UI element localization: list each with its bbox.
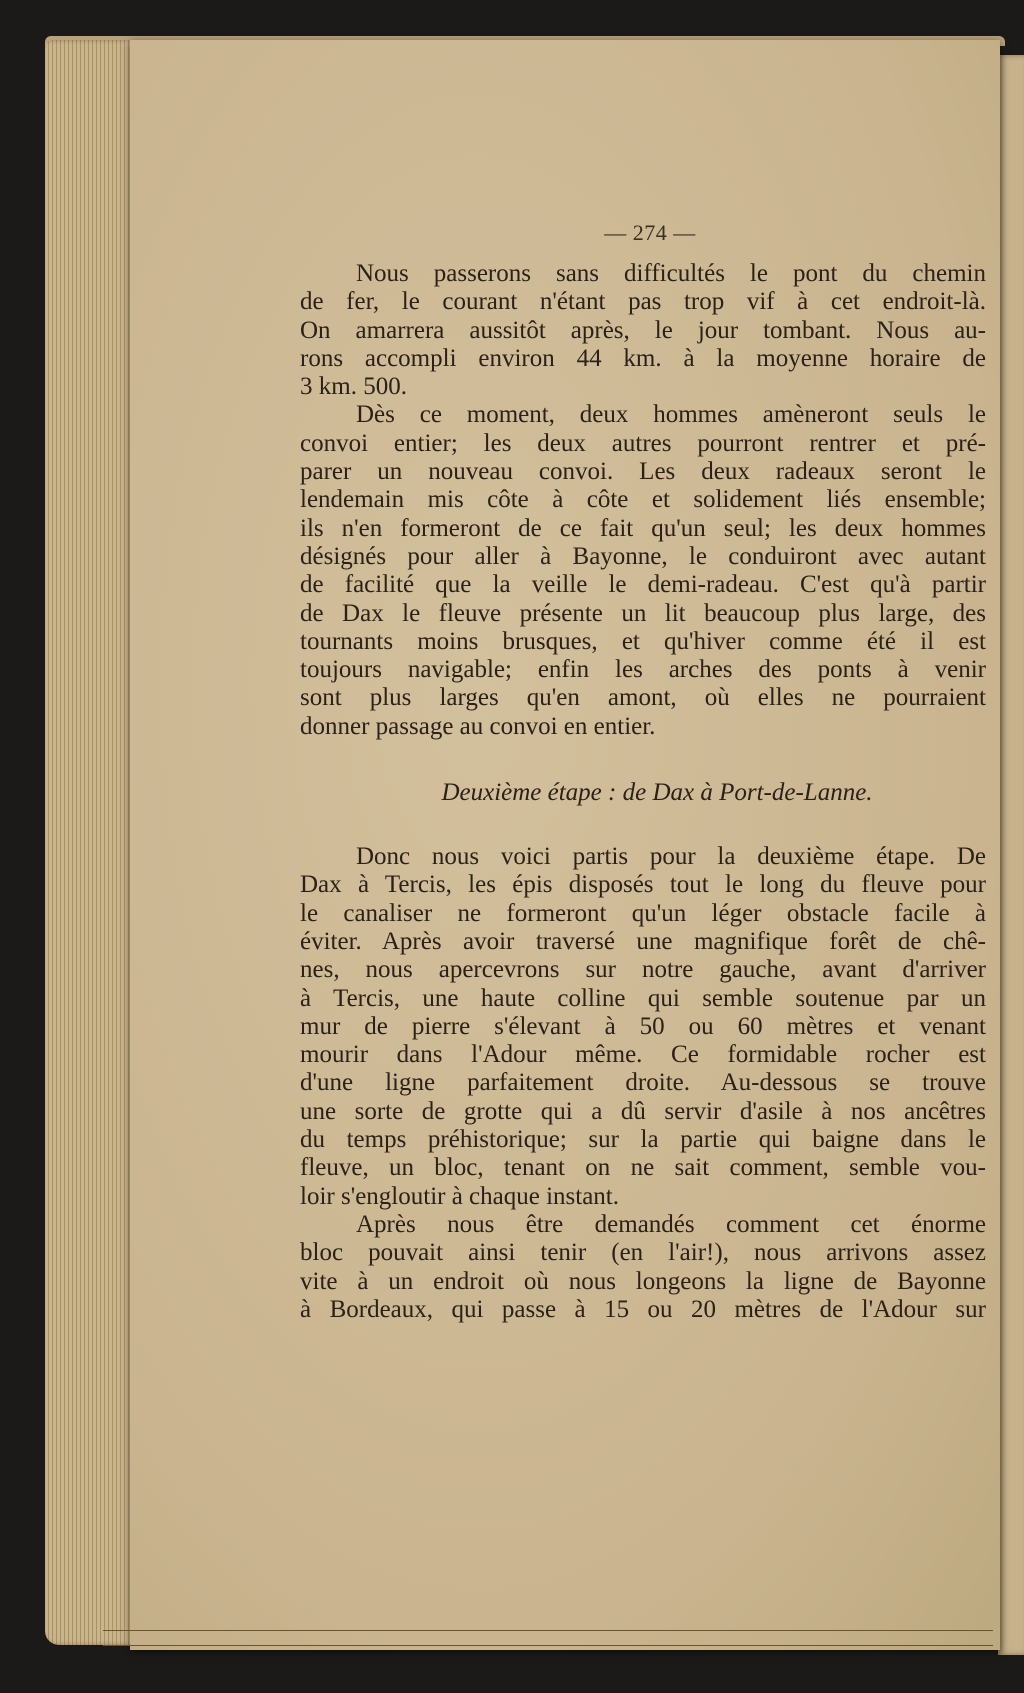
- text-line: Dax à Tercis, les épis disposés tout le …: [300, 871, 986, 899]
- text-line: ils n'en formeront de ce fait qu'un seul…: [300, 515, 986, 543]
- text-line: le canaliser ne formeront qu'un léger ob…: [300, 900, 986, 928]
- page-bottom-edge-2: [103, 1645, 993, 1646]
- text-line: bloc pouvait ainsi tenir (en l'air!), no…: [300, 1239, 986, 1267]
- paragraph-3: Donc nous voici partis pour la deuxième …: [300, 843, 986, 1211]
- paragraph-4: Après nous être demandés comment cet éno…: [300, 1211, 986, 1324]
- text-line: Donc nous voici partis pour la deuxième …: [300, 843, 986, 871]
- text-line: vite à un endroit où nous longeons la li…: [300, 1268, 986, 1296]
- text-line: sont plus larges qu'en amont, où elles n…: [300, 684, 986, 712]
- text-line: lendemain mis côte à côte et solidement …: [300, 486, 986, 514]
- next-page-edge: [998, 55, 1024, 1655]
- text-line: Dès ce moment, deux hommes amèneront seu…: [300, 401, 986, 429]
- text-line: Nous passerons sans difficultés le pont …: [300, 260, 986, 288]
- text-line: Après nous être demandés comment cet éno…: [300, 1211, 986, 1239]
- text-line: mourir dans l'Adour même. Ce formidable …: [300, 1041, 986, 1069]
- text-line: de Dax le fleuve présente un lit beaucou…: [300, 600, 986, 628]
- text-line: nes, nous apercevrons sur notre gauche, …: [300, 956, 986, 984]
- text-line: rons accompli environ 44 km. à la moyenn…: [300, 345, 986, 373]
- text-line: éviter. Après avoir traversé une magnifi…: [300, 928, 986, 956]
- text-line: convoi entier; les deux autres pourront …: [300, 430, 986, 458]
- text-line: On amarrera aussitôt après, le jour tomb…: [300, 317, 986, 345]
- text-line: mur de pierre s'élevant à 50 ou 60 mètre…: [300, 1013, 986, 1041]
- text-line: 3 km. 500.: [300, 373, 986, 401]
- paragraph-2: Dès ce moment, deux hommes amèneront seu…: [300, 401, 986, 741]
- text-line: d'une ligne parfaitement droite. Au-dess…: [300, 1069, 986, 1097]
- text-line: toujours navigable; enfin les arches des…: [300, 656, 986, 684]
- text-line: de fer, le courant n'étant pas trop vif …: [300, 288, 986, 316]
- page-stack-edge: [45, 40, 135, 1645]
- text-line: fleuve, un bloc, tenant on ne sait comme…: [300, 1154, 986, 1182]
- page-bottom-edge: [103, 1630, 993, 1631]
- page-content: — 274 — Nous passerons sans difficultés …: [300, 220, 986, 1324]
- page-number: — 274 —: [300, 220, 986, 246]
- text-line: donner passage au convoi en entier.: [300, 713, 986, 741]
- text-line: une sorte de grotte qui a dû servir d'as…: [300, 1098, 986, 1126]
- text-line: du temps préhistorique; sur la partie qu…: [300, 1126, 986, 1154]
- text-line: de facilité que la veille le demi-radeau…: [300, 571, 986, 599]
- paragraph-1: Nous passerons sans difficultés le pont …: [300, 260, 986, 401]
- text-line: à Bordeaux, qui passe à 15 ou 20 mètres …: [300, 1296, 986, 1324]
- text-line: désignés pour aller à Bayonne, le condui…: [300, 543, 986, 571]
- text-line: tournants moins brusques, et qu'hiver co…: [300, 628, 986, 656]
- text-line: loir s'engloutir à chaque instant.: [300, 1183, 986, 1211]
- section-heading: Deuxième étape : de Dax à Port-de-Lanne.: [300, 779, 986, 807]
- text-line: à Tercis, une haute colline qui semble s…: [300, 985, 986, 1013]
- text-line: parer un nouveau convoi. Les deux radeau…: [300, 458, 986, 486]
